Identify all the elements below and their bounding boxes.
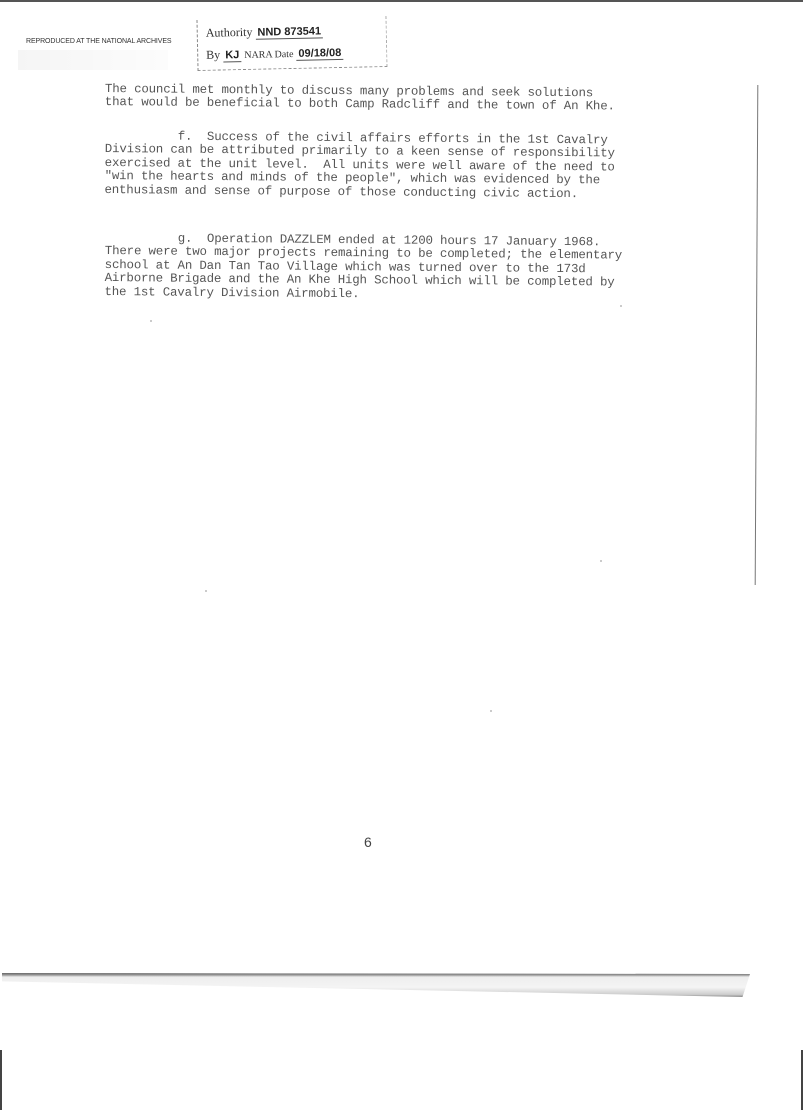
stamp-nara-date-value: 09/18/08 [296,47,343,61]
scan-smudge [18,50,168,70]
archive-reproduced-label: REPRODUCED AT THE NATIONAL ARCHIVES [26,38,171,45]
paragraph-g: g. Operation DAZZLEM ended at 1200 hours… [104,232,675,304]
stamp-nara-date-label: NARA Date [244,49,293,61]
scan-speck [490,710,492,712]
stamp-by-label: By [206,48,220,62]
scan-speck [150,320,152,322]
stamp-by-row: By KJ NARA Date 09/18/08 [206,45,343,63]
scan-speck [205,590,207,592]
scan-page-fold [2,973,750,997]
scan-top-edge [0,0,803,2]
page-number: 6 [364,834,372,850]
stamp-authority-value: NND 873541 [255,25,323,39]
scan-left-edge [0,1050,2,1110]
stamp-by-value: KJ [223,49,241,62]
stamp-authority-label: Authority [206,25,253,40]
text-line: that would be beneficial to both Camp Ra… [105,96,675,114]
paragraph-f: f. Success of the civil affairs efforts … [104,130,675,202]
scan-speck [620,305,622,307]
scan-speck [600,560,602,562]
paragraph-continuation: The council met monthly to discuss many … [105,83,675,115]
scan-margin-line [755,85,759,585]
declassification-stamp: Authority NND 873541 By KJ NARA Date 09/… [196,16,387,71]
stamp-authority-row: Authority NND 873541 [206,23,324,40]
